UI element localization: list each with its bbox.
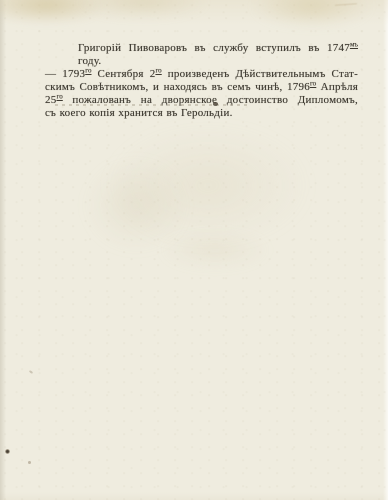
stain-lower-middle <box>160 232 270 268</box>
text-line-5: съ коего копія хранится въ Герольдіи. <box>45 107 358 120</box>
text-segment: году. <box>78 55 101 67</box>
text-segment: скимъ Совѣтникомъ, и находясь въ семъ чи… <box>45 81 310 93</box>
scratch-mark <box>335 3 357 6</box>
text-segment: пожалованъ на дворянское достоинство Дип… <box>63 94 358 106</box>
stain-top-right <box>252 0 372 28</box>
text-segment: съ коего копія хранится въ Герольдіи. <box>45 107 233 119</box>
paragraph: Григорій Пивоваровъ въ службу вступилъ в… <box>45 42 358 119</box>
text-segment: Григорій Пивоваровъ въ службу вступилъ в… <box>78 42 350 54</box>
stain-page-middle <box>108 128 308 243</box>
faint-speck <box>28 461 31 464</box>
text-line-3: скимъ Совѣтникомъ, и находясь въ семъ чи… <box>45 81 358 94</box>
text-segment: — 1793 <box>45 68 85 80</box>
stain-top-middle <box>78 0 208 18</box>
text-segment: Апрѣля <box>316 81 358 93</box>
text-segment: Сентября 2 <box>92 68 156 80</box>
text-segment: произведенъ Дѣйствительнымъ Стат- <box>162 68 358 80</box>
text-segment: 25 <box>45 94 57 106</box>
bottom-speck <box>29 370 33 374</box>
stain-top-left <box>0 0 106 24</box>
text-line-1: Григорій Пивоваровъ въ службу вступилъ в… <box>45 42 358 68</box>
superscript-abbreviation: мъ <box>350 40 358 48</box>
dark-speck <box>5 449 10 454</box>
document-page: Григорій Пивоваровъ въ службу вступилъ в… <box>0 0 388 500</box>
text-line-4: 25го пожалованъ на дворянское достоинств… <box>45 94 358 107</box>
stain-page-middle-secondary <box>86 160 186 250</box>
